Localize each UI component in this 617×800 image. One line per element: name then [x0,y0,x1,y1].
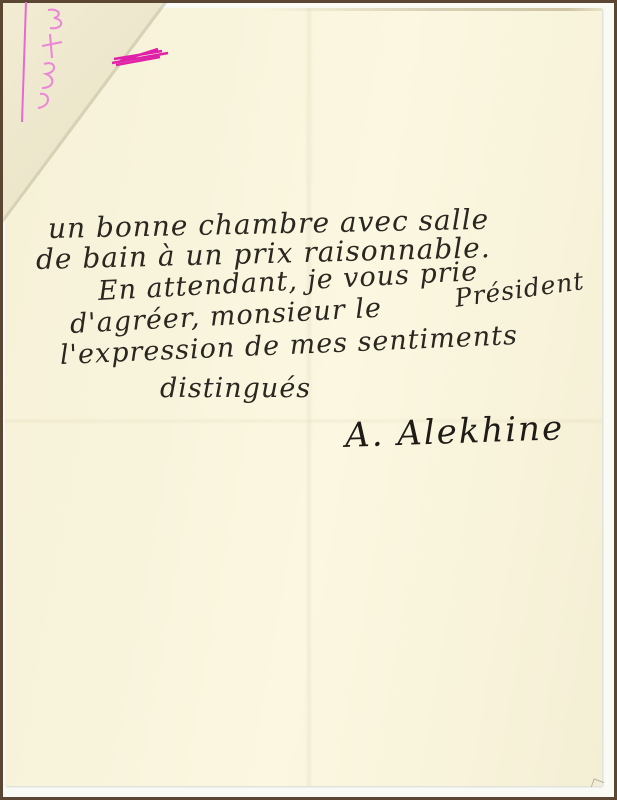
letter-line-6: distingués [160,373,311,404]
signature: A. Alekhine [344,408,564,456]
letter-body: un bonne chambre avec salle de bain à un… [0,0,617,800]
